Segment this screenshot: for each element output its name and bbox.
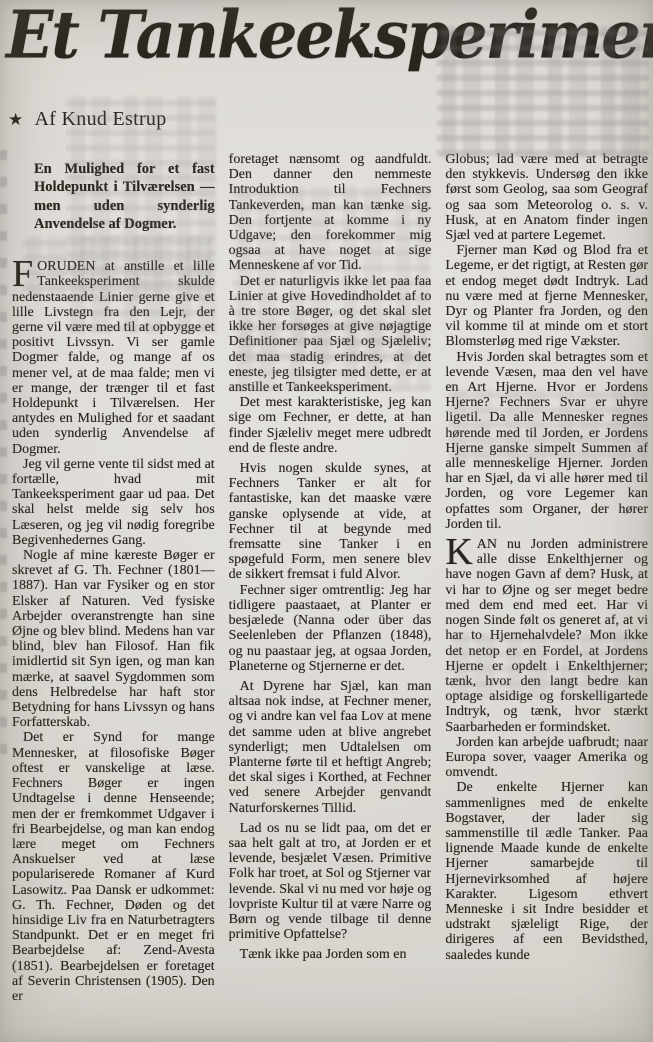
paragraph: Jeg vil gerne vente til sidst med at for…: [12, 457, 215, 548]
paragraph: FORUDEN at anstille et lille Tankeeksper…: [12, 259, 215, 457]
byline-author: Af Knud Estrup: [35, 108, 167, 131]
paragraph: Det mest karakteristiske, jeg kan sige o…: [229, 395, 432, 456]
article-title: Et Tankeeksperiment: [6, 0, 651, 73]
paragraph: Det er Synd for mange Mennesker, at filo…: [12, 730, 215, 1004]
paragraph: Jorden kan arbejde uafbrudt; naar Europa…: [445, 735, 648, 781]
standfirst: En Mulighed for et fast Holdepunkt i Til…: [34, 160, 215, 233]
column-1: En Mulighed for et fast Holdepunkt i Til…: [12, 152, 215, 1042]
paragraph: Det er naturligvis ikke let paa faa Lini…: [229, 274, 432, 396]
paragraph: KAN nu Jorden administrere alle disse En…: [445, 537, 648, 735]
paragraph: Tænk ikke paa Jorden som en: [229, 947, 432, 962]
page-edge-marks: [0, 150, 7, 770]
paragraph: Hvis nogen skulde synes, at Fechners Tan…: [229, 461, 432, 583]
paragraph: Nogle af mine kæreste Bøger er skrevet a…: [12, 548, 215, 730]
paragraph: Fechner siger omtrentlig: Jeg har tidlig…: [229, 583, 432, 674]
byline: ★ Af Knud Estrup: [8, 108, 167, 131]
paragraph: At Dyrene har Sjæl, kan man altsaa nok i…: [229, 679, 432, 816]
paragraph: Lad os nu se lidt paa, om det er saa hel…: [229, 821, 432, 943]
star-icon: ★: [8, 111, 24, 128]
article-body: En Mulighed for et fast Holdepunkt i Til…: [12, 152, 648, 1042]
paragraph: Hvis Jorden skal betragtes som et levend…: [445, 350, 648, 532]
column-2: foretaget nænsomt og aandfuldt. Den dann…: [229, 152, 432, 1042]
paragraph: Globus; lad være med at betragte den sty…: [445, 152, 648, 243]
paragraph: De enkelte Hjerner kan sammenlignes med …: [445, 780, 648, 962]
dropcap-letter: K: [445, 537, 476, 567]
dropcap-letter: F: [12, 259, 37, 289]
column-3: Globus; lad være med at betragte den sty…: [445, 152, 648, 1042]
paragraph: Fjerner man Kød og Blod fra et Legeme, e…: [445, 243, 648, 349]
scanned-article-page: Et Tankeeksperiment ★ Af Knud Estrup En …: [0, 0, 653, 1042]
paragraph: foretaget nænsomt og aandfuldt. Den dann…: [229, 152, 432, 274]
